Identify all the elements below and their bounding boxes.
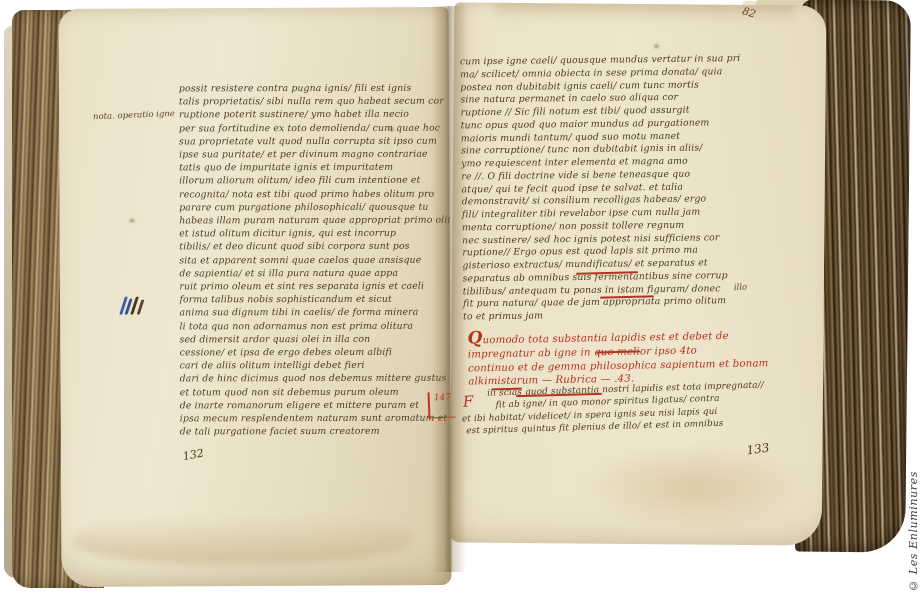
right-margin-note: illo [734, 282, 748, 293]
manuscript-text-line: ruptione poterit sustinere/ ymo habet il… [179, 108, 447, 122]
right-page-text-block: cum ipse igne caeli/ quousque mundus ver… [460, 53, 767, 324]
open-manuscript-book: nota. operatio igne possit resistere con… [0, 0, 924, 600]
manuscript-text-line: recognita/ nota est tibi quod primo habe… [179, 187, 447, 201]
left-page-text-block: possit resistere contra pugna ignis/ fil… [179, 82, 448, 439]
manuscript-text-line: tatis quo de impuritate ignis et impurit… [179, 161, 447, 175]
left-page-132: nota. operatio igne possit resistere con… [58, 7, 451, 587]
manuscript-text-line: tibilis/ et deo dicunt quod sibi corpora… [179, 240, 447, 254]
manuscript-text-line: per sua fortitudine ex toto demolienda/ … [179, 121, 447, 135]
manuscript-text-line: ipsa mecum resplendentem naturam sunt ar… [180, 412, 448, 426]
manuscript-text-line: to et primus jam [463, 308, 767, 324]
manuscript-text-line: sua proprietate vult quod nulla corrupta… [179, 135, 447, 149]
manuscript-text-line: et totum quod non sit debemus purum oleu… [180, 385, 448, 399]
manuscript-text-line: habeas illam puram naturam quae appropri… [179, 214, 447, 228]
manuscript-text-line: anima sua dignum tibi in caelis/ de form… [179, 306, 447, 320]
manuscript-text-line: possit resistere contra pugna ignis/ fil… [179, 82, 447, 96]
manuscript-text-line: parare cum purgatione philosophicali/ qu… [179, 201, 447, 215]
manuscript-text-line: et istud olitum dicitur ignis, qui est i… [179, 227, 447, 241]
right-page-133: 82 cum ipse igne caeli/ quousque mundus … [450, 2, 827, 545]
manuscript-text-line: sed dimersit ardor quasi olei in illa co… [180, 333, 448, 347]
manuscript-text-line: talis proprietatis/ sibi nulla rem quo h… [179, 95, 447, 109]
page-number-133: 133 [746, 441, 771, 458]
parchment-stain [580, 442, 811, 536]
stain-spot [654, 44, 659, 48]
blue-nota-mark-icon [120, 297, 148, 317]
manuscript-text-line: de tali purgatione faciet suum creatorem [180, 425, 448, 439]
manuscript-text-line: li tota qua non adornamus non est prima … [179, 319, 447, 333]
photo-credit-watermark: © Les Enluminures [907, 471, 920, 592]
stain-spot [130, 219, 135, 223]
manuscript-text-line: de sapientia/ et si illa pura natura qua… [179, 267, 447, 281]
manuscript-text-line: ruit primo oleum et sint res separata ig… [179, 280, 447, 294]
manuscript-text-line: illorum aliorum olitum/ ideo fili cum in… [179, 174, 447, 188]
manuscript-text-line: forma talibus nobis sophisticandum et si… [179, 293, 447, 307]
chapter-opening-text-block: ili scias quod substantia nostri lapidis… [461, 379, 774, 438]
manuscript-text-line: cessione/ et ipsa de ergo debes oleum al… [180, 346, 448, 360]
red-gutter-annotation: 147 [428, 392, 456, 419]
manuscript-text-line: ipse sua puritate/ et per divinum magno … [179, 148, 447, 162]
manuscript-text-line: de inarte romanorum eligere et mittere p… [180, 399, 448, 413]
page-number-132: 132 [182, 447, 205, 464]
parchment-stain [73, 513, 413, 565]
left-margin-note: nota. operatio igne [93, 109, 175, 122]
manuscript-text-line: cari de aliis olitum intelligi debet fie… [180, 359, 448, 373]
manuscript-text-line: sita et apparent somni quae caelos quae … [179, 253, 447, 267]
manuscript-text-line: dari de hinc dicimus quod nos debemus mi… [180, 372, 448, 386]
folio-mark-82: 82 [741, 5, 757, 20]
